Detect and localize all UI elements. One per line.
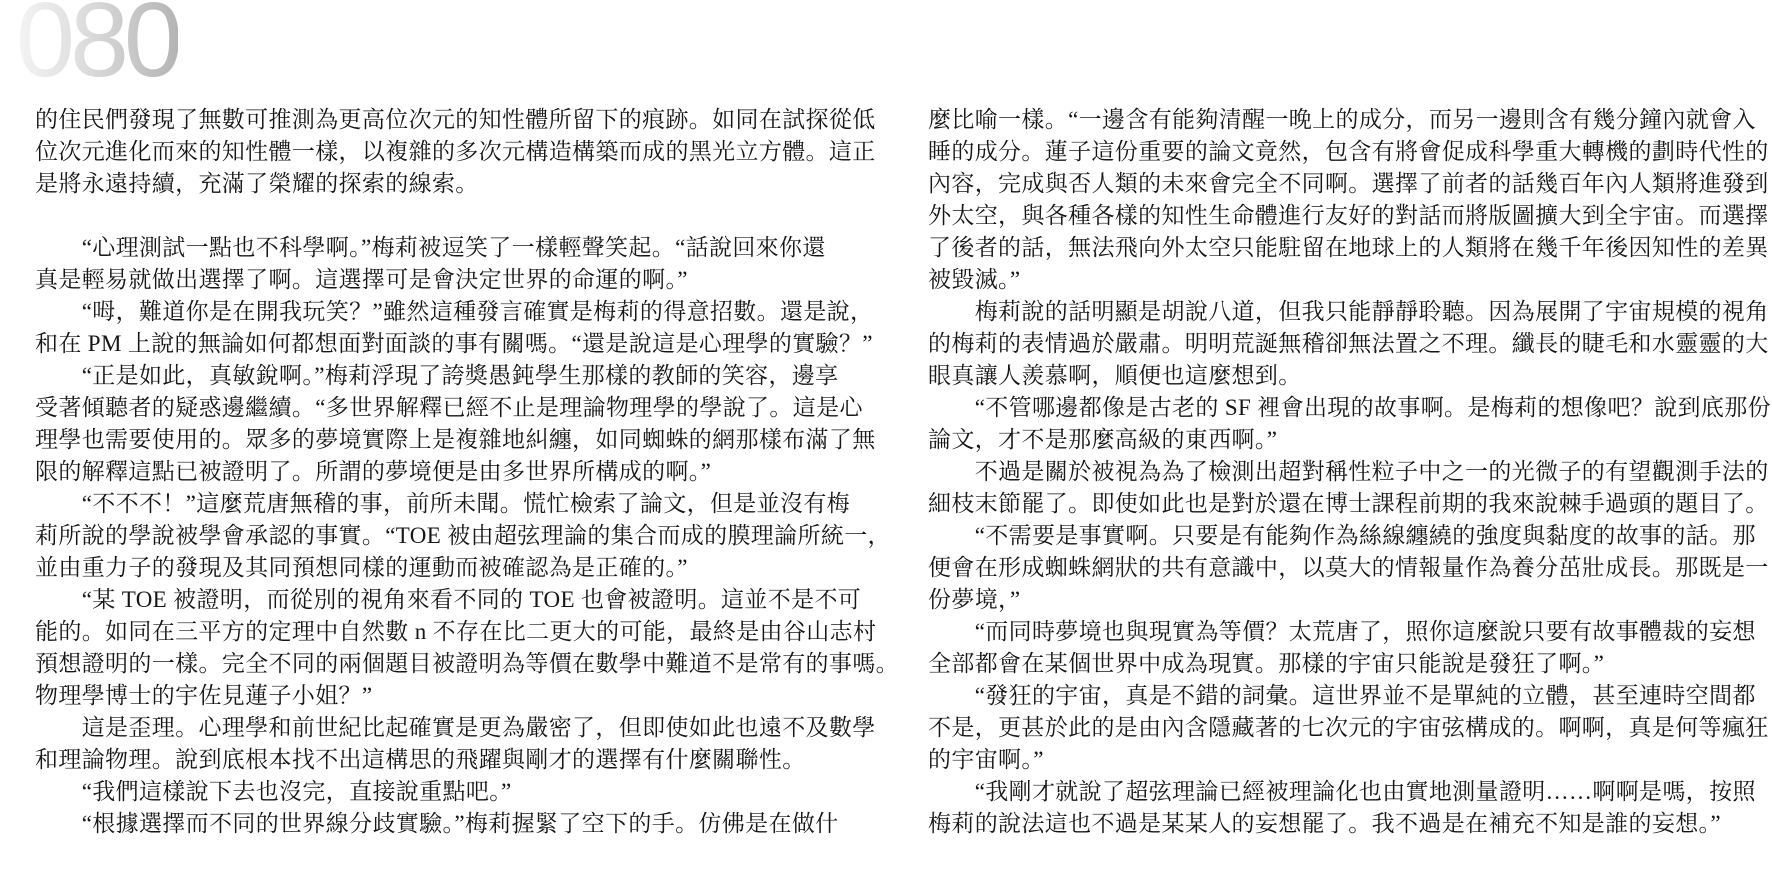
text-line: “呣，難道你是在開我玩笑？”雖然這種發言確實是梅莉的得意招數。還是說， xyxy=(35,296,887,328)
text-line: 梅莉說的話明顯是胡說八道，但我只能靜靜聆聽。因為展開了宇宙規模的視角 xyxy=(928,296,1772,328)
text-line: “而同時夢境也與現實為等價？太荒唐了，照你這麼說只要有故事體裁的妄想 xyxy=(928,616,1772,648)
text-line: 真是輕易就做出選擇了啊。這選擇可是會決定世界的命運的啊。” xyxy=(35,264,887,296)
text-line: 眼真讓人羨慕啊，順便也這麼想到。 xyxy=(928,360,1772,392)
text-line: 並由重力子的發現及其同預想同樣的運動而被確認為是正確的。” xyxy=(35,552,887,584)
text-line: 的宇宙啊。” xyxy=(928,744,1772,776)
text-line: “我們這樣說下去也沒完，直接說重點吧。” xyxy=(35,776,887,808)
text-line: 受著傾聽者的疑惑邊繼續。“多世界解釋已經不止是理論物理學的學說了。這是心 xyxy=(35,392,887,424)
right-text-column: 麼比喻一樣。“一邊含有能夠清醒一晚上的成分，而另一邊則含有幾分鐘內就會入睡的成分… xyxy=(928,104,1772,840)
text-line: 睡的成分。蓮子這份重要的論文竟然，包含有將會促成科學重大轉機的劃時代性的 xyxy=(928,136,1772,168)
text-line: 位次元進化而來的知性體一樣，以複雜的多次元構造構築而成的黑光立方體。這正 xyxy=(35,136,887,168)
text-line: “某 TOE 被證明，而從別的視角來看不同的 TOE 也會被證明。這並不是不可 xyxy=(35,584,887,616)
text-line: 物理學博士的宇佐見蓮子小姐？” xyxy=(35,680,887,712)
text-line: 的住民們發現了無數可推測為更高位次元的知性體所留下的痕跡。如同在試探從低 xyxy=(35,104,887,136)
text-line: 能的。如同在三平方的定理中自然數 n 不存在比二更大的可能，最終是由谷山志村 xyxy=(35,616,887,648)
left-text-column: 的住民們發現了無數可推測為更高位次元的知性體所留下的痕跡。如同在試探從低位次元進… xyxy=(35,104,887,840)
text-line: 便會在形成蜘蛛網狀的共有意識中，以莫大的情報量作為養分茁壯成長。那既是一 xyxy=(928,552,1772,584)
text-line: “我剛才就說了超弦理論已經被理論化也由實地測量證明……啊啊是嗎，按照 xyxy=(928,776,1772,808)
text-line: “正是如此，真敏銳啊。”梅莉浮現了誇獎愚鈍學生那樣的教師的笑容，邊享 xyxy=(35,360,887,392)
text-line: 論文，才不是那麼高級的東西啊。” xyxy=(928,424,1772,456)
text-line: 和在 PM 上說的無論如何都想面對面談的事有關嗎。“還是說這是心理學的實驗？” xyxy=(35,328,887,360)
text-line: 被毀滅。” xyxy=(928,264,1772,296)
text-line: 預想證明的一樣。完全不同的兩個題目被證明為等價在數學中難道不是常有的事嗎。 xyxy=(35,648,887,680)
text-line: 不是，更甚於此的是由內含隱藏著的七次元的宇宙弦構成的。啊啊，真是何等瘋狂 xyxy=(928,712,1772,744)
text-line: “心理測試一點也不科學啊。”梅莉被逗笑了一樣輕聲笑起。“話說回來你還 xyxy=(35,232,887,264)
text-line: 細枝末節罷了。即使如此也是對於還在博士課程前期的我來說棘手過頭的題目了。 xyxy=(928,488,1772,520)
text-line: 了後者的話，無法飛向外太空只能駐留在地球上的人類將在幾千年後因知性的差異 xyxy=(928,232,1772,264)
text-line: 理學也需要使用的。眾多的夢境實際上是複雜地糾纏，如同蜘蛛的網那樣布滿了無 xyxy=(35,424,887,456)
text-line: 這是歪理。心理學和前世紀比起確實是更為嚴密了，但即使如此也遠不及數學 xyxy=(35,712,887,744)
text-line: “根據選擇而不同的世界線分歧實驗。”梅莉握緊了空下的手。仿佛是在做什 xyxy=(35,808,887,840)
text-line: “不不不！”這麼荒唐無稽的事，前所未聞。慌忙檢索了論文，但是並沒有梅 xyxy=(35,488,887,520)
text-line: 外太空，與各種各樣的知性生命體進行友好的對話而將版圖擴大到全宇宙。而選擇 xyxy=(928,200,1772,232)
text-line: 內容，完成與否人類的未來會完全不同啊。選擇了前者的話幾百年內人類將進發到 xyxy=(928,168,1772,200)
text-line: “不管哪邊都像是古老的 SF 裡會出現的故事啊。是梅莉的想像吧？說到底那份 xyxy=(928,392,1772,424)
text-line xyxy=(35,200,887,232)
text-line: 全部都會在某個世界中成為現實。那樣的宇宙只能說是發狂了啊。” xyxy=(928,648,1772,680)
text-line: 份夢境，” xyxy=(928,584,1772,616)
text-line: “發狂的宇宙，真是不錯的詞彙。這世界並不是單純的立體，甚至連時空間都 xyxy=(928,680,1772,712)
text-line: “不需要是事實啊。只要是有能夠作為絲線纏繞的強度與黏度的故事的話。那 xyxy=(928,520,1772,552)
book-page-spread: 080 的住民們發現了無數可推測為更高位次元的知性體所留下的痕跡。如同在試探從低… xyxy=(0,0,1772,886)
page-number: 080 xyxy=(16,0,178,101)
text-line: 麼比喻一樣。“一邊含有能夠清醒一晚上的成分，而另一邊則含有幾分鐘內就會入 xyxy=(928,104,1772,136)
text-line: 莉所說的學說被學會承認的事實。“TOE 被由超弦理論的集合而成的膜理論所統一， xyxy=(35,520,887,552)
text-line: 和理論物理。說到底根本找不出這構思的飛躍與剛才的選擇有什麼關聯性。 xyxy=(35,744,887,776)
text-line: 限的解釋這點已被證明了。所謂的夢境便是由多世界所構成的啊。” xyxy=(35,456,887,488)
text-line: 的梅莉的表情過於嚴肅。明明荒誕無稽卻無法置之不理。纖長的睫毛和水靈靈的大 xyxy=(928,328,1772,360)
text-line: 是將永遠持續，充滿了榮耀的探索的線索。 xyxy=(35,168,887,200)
text-line: 梅莉的說法這也不過是某某人的妄想罷了。我不過是在補充不知是誰的妄想。” xyxy=(928,808,1772,840)
text-line: 不過是關於被視為為了檢測出超對稱性粒子中之一的光微子的有望觀測手法的 xyxy=(928,456,1772,488)
